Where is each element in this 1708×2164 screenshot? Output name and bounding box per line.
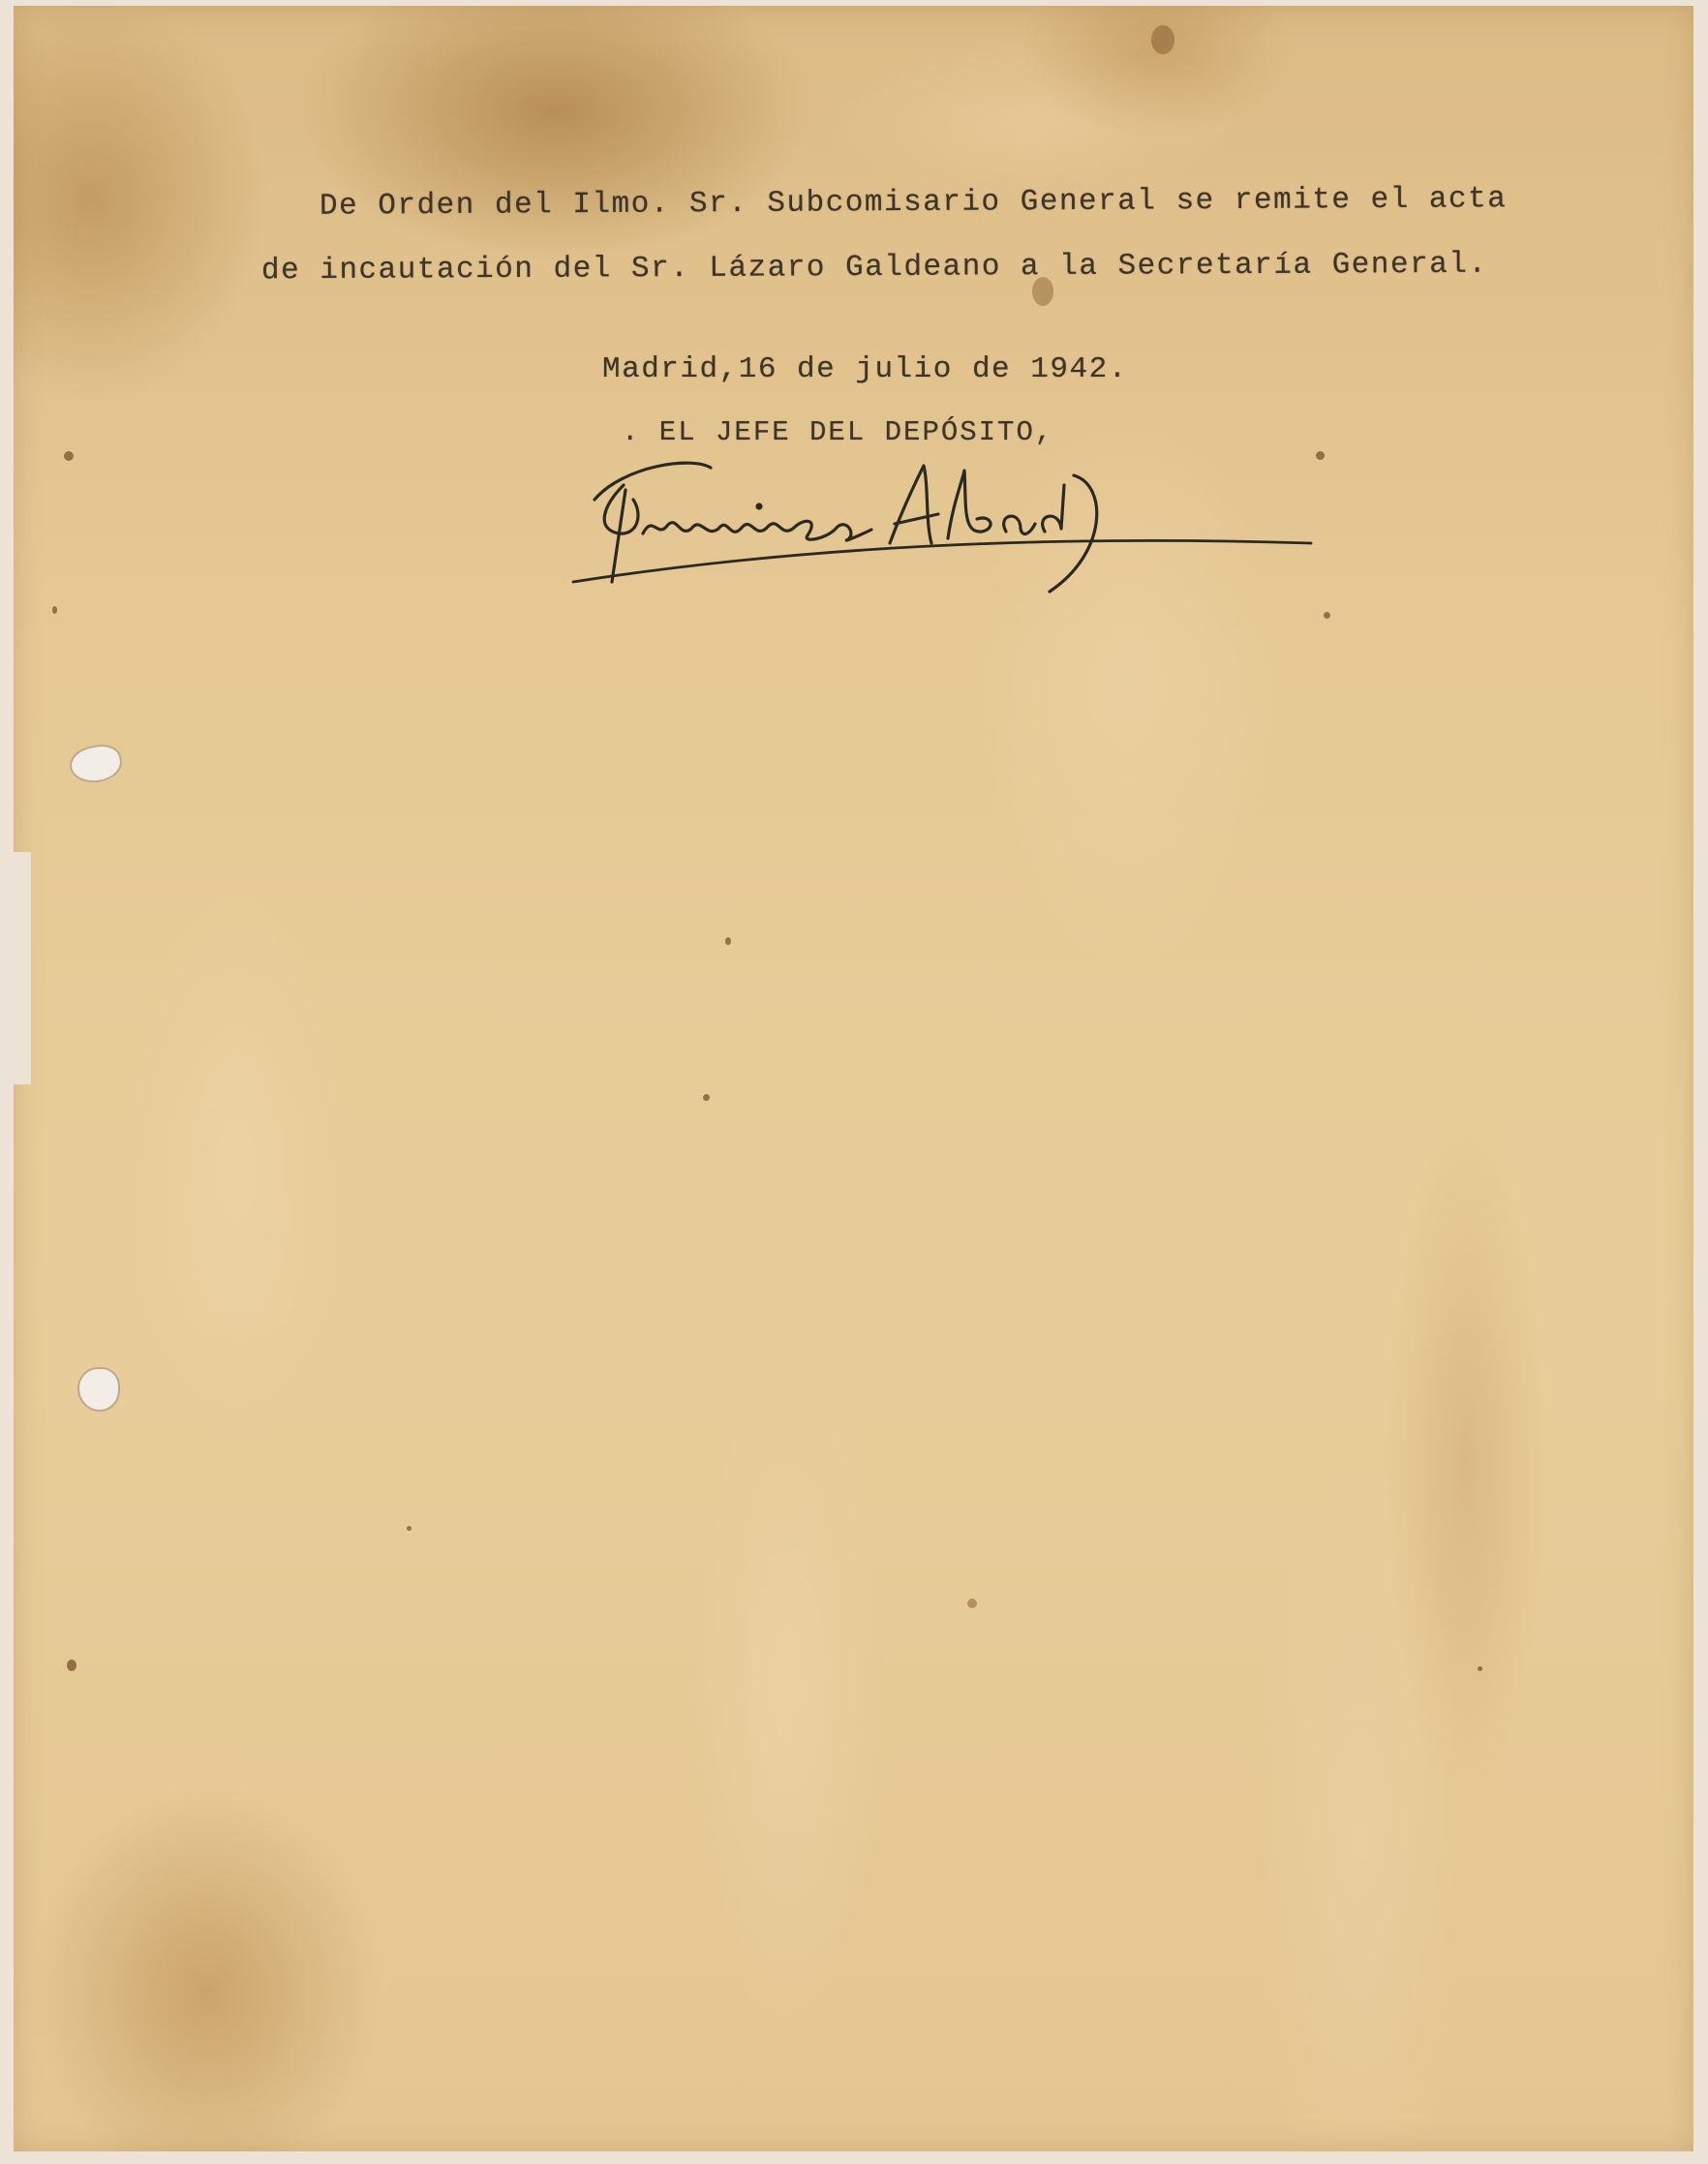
body-line-2: de incautación del Sr. Lázaro Galdeano a… xyxy=(261,248,1488,289)
stain-speck xyxy=(1151,25,1174,54)
stain-speck xyxy=(1478,1666,1482,1671)
stain-speck xyxy=(64,451,74,461)
handwritten-signature: Francisco Abad xyxy=(565,446,1330,601)
stain-speck xyxy=(1316,451,1325,460)
punch-hole xyxy=(67,742,125,787)
signer-title: . EL JEFE DEL DEPÓSITO, xyxy=(622,416,1053,448)
date-line: Madrid,16 de julio de 1942. xyxy=(602,352,1128,386)
paper-edge-tear xyxy=(0,852,31,1084)
stain-speck xyxy=(407,1526,412,1531)
body-line-1: De Orden del Ilmo. Sr. Subcomisario Gene… xyxy=(320,182,1507,223)
stain-speck xyxy=(703,1094,710,1101)
stain-speck xyxy=(67,1660,76,1671)
punch-hole xyxy=(77,1367,120,1412)
stain-speck xyxy=(1324,612,1330,619)
stain-speck xyxy=(1032,277,1053,306)
stain-speck xyxy=(967,1599,977,1608)
stain-speck xyxy=(725,937,731,945)
stain-speck xyxy=(52,606,57,614)
document-page: De Orden del Ilmo. Sr. Subcomisario Gene… xyxy=(14,6,1693,2151)
